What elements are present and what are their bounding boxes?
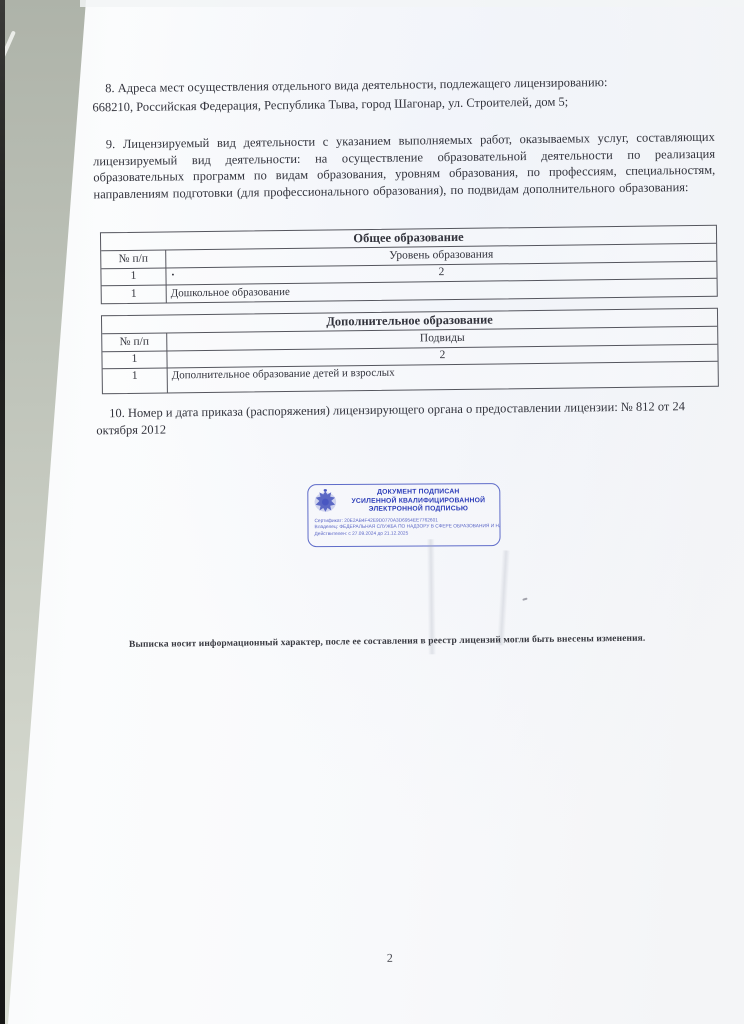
stamp-title-line-3: ЭЛЕКТРОННОЙ ПОДПИСЬЮ: [341, 505, 495, 514]
col-number-header: № п/п: [102, 333, 167, 351]
page-number: 2: [387, 951, 393, 966]
scanned-document: 8. Адреса мест осуществления отдельного …: [0, 0, 744, 1024]
row-number-cell: 1: [102, 285, 167, 303]
col-number-header: № п/п: [101, 250, 166, 268]
table-additional-education: Дополнительное образование № п/п Подвиды…: [101, 308, 719, 395]
colnum-1: 1: [102, 351, 167, 368]
footer-note: Выписка носит информационный характер, п…: [129, 633, 669, 650]
item-9-paragraph: 9. Лицензируемый вид деятельности с указ…: [93, 129, 716, 203]
row-number-cell: 1: [103, 368, 168, 393]
stamp-details: Сертификат: 20E2AB4F42E9D0770A3D6954EE77…: [308, 516, 499, 538]
digital-signature-stamp: ДОКУМЕНТ ПОДПИСАН УСИЛЕННОЙ КВАЛИФИЦИРОВ…: [307, 483, 500, 547]
coat-of-arms-icon: [312, 488, 338, 516]
stamp-title-lines: ДОКУМЕНТ ПОДПИСАН УСИЛЕННОЙ КВАЛИФИЦИРОВ…: [341, 489, 495, 515]
item-8-block: 8. Адреса мест осуществления отдельного …: [92, 72, 715, 118]
item-10-paragraph: 10. Номер и дата приказа (распоряжения) …: [96, 398, 718, 440]
scan-artifact-dot: .: [171, 265, 174, 280]
stamp-header: ДОКУМЕНТ ПОДПИСАН УСИЛЕННОЙ КВАЛИФИЦИРОВ…: [308, 484, 499, 517]
stamp-validity: Действителен: с 27.09.2024 до 21.12.2025: [315, 531, 496, 538]
table-general-education: Общее образование № п/п Уровень образова…: [100, 225, 718, 305]
scan-speck: [522, 598, 527, 601]
paper-crease: [497, 550, 510, 645]
colnum-1: 1: [101, 268, 166, 285]
page-content: 8. Адреса мест осуществления отдельного …: [0, 0, 744, 1024]
